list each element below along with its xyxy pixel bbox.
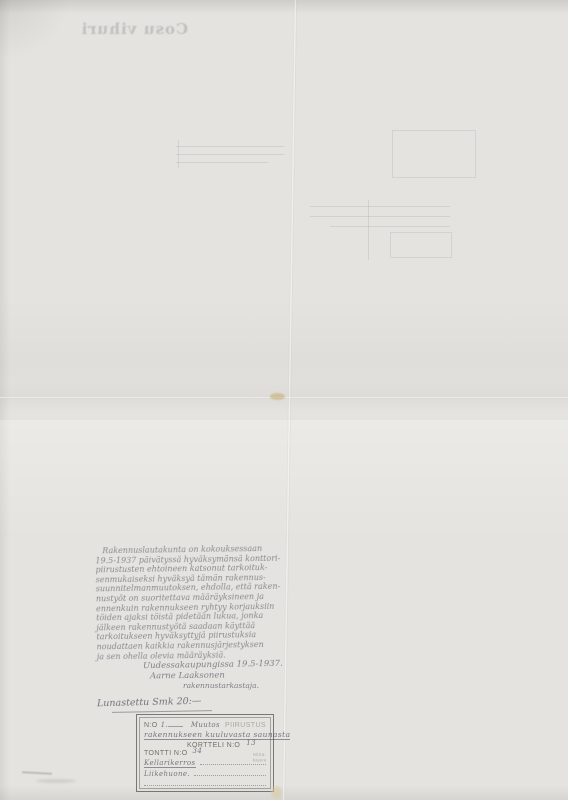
paper-highlight-band <box>0 420 568 540</box>
stamp-tontti-value: 34 <box>193 747 203 755</box>
drawing-approval-stamp: N:O 1. Muutos PIIRUSTUS rakennukseen kuu… <box>136 714 274 792</box>
bleed-through-drawing-line-5 <box>310 206 450 207</box>
stamp-no-value: 1. <box>161 721 168 729</box>
bleed-through-drawing-rect-2 <box>390 232 452 258</box>
stamp-dotted-leader <box>144 779 266 786</box>
stamp-row-kortteli: KORTTELI N:O 13 <box>144 741 266 749</box>
bleed-through-drawing-line-1 <box>176 146 284 147</box>
bleed-through-mirrored-title: Cosu vihuri <box>48 20 188 38</box>
signature-place-date: Uudessakaupungissa 19.5-1937. <box>143 659 283 671</box>
stamp-row-entry-2: Liikehuone. <box>144 769 266 778</box>
stamp-row-entry-1: Kellarikerros <box>144 758 266 768</box>
bleed-through-drawing-line-4 <box>178 140 179 168</box>
fold-intersection-stain <box>270 393 285 400</box>
stamp-row-blank <box>144 779 266 786</box>
stamp-row-number: N:O 1. Muutos PIIRUSTUS <box>144 720 266 729</box>
stamp-type-handwritten: Muutos <box>191 721 220 729</box>
stamp-no-label: N:O <box>144 722 158 729</box>
stamp-scale-label-line2: kaava <box>252 759 266 764</box>
paper-stain <box>271 786 282 799</box>
signature-name: Aarne Laaksonen <box>150 671 225 682</box>
stamp-row-tontti: TONTTI N:O 34 <box>144 749 266 757</box>
bleed-through-drawing-line-6 <box>310 216 450 217</box>
stamp-scale-label: Mitta- kaava <box>252 754 266 764</box>
paper-edge-shadow-top <box>0 0 568 14</box>
bleed-through-drawing-line-7 <box>330 226 450 227</box>
handwritten-note: Rakennuslautakunta on kokouksessaan 19.5… <box>95 544 287 662</box>
stray-pencil-mark <box>22 771 52 775</box>
bleed-through-drawing-rect-1 <box>392 130 476 178</box>
fee-note: Lunastettu Smk 20:— <box>97 696 202 710</box>
bleed-through-drawing-line-3 <box>176 162 268 163</box>
stamp-tontti-label: TONTTI N:O <box>144 750 188 757</box>
stamp-entry-1-handwritten: Kellarikerros <box>144 759 196 768</box>
stamp-entry-2-handwritten: Liikehuone. <box>144 770 190 778</box>
signature-title: rakennustarkastaja. <box>183 681 259 690</box>
stamp-dotted-leader <box>194 769 266 776</box>
stamp-kortteli-value: 13 <box>246 739 256 747</box>
stamp-type-printed: PIIRUSTUS <box>225 722 266 729</box>
fee-underline-stroke <box>112 710 212 713</box>
pencil-smudge <box>36 779 76 783</box>
stamp-inner-frame: N:O 1. Muutos PIIRUSTUS rakennukseen kuu… <box>139 717 271 789</box>
bleed-through-drawing-line-8 <box>368 200 369 260</box>
bleed-through-drawing-line-2 <box>176 154 284 155</box>
stamp-blank-line <box>168 720 183 727</box>
stamp-subject-handwritten: rakennukseen kuuluvasta saunasta <box>144 730 290 740</box>
scanned-document: Cosu vihuri Rakennuslautakunta on kokouk… <box>0 0 568 800</box>
